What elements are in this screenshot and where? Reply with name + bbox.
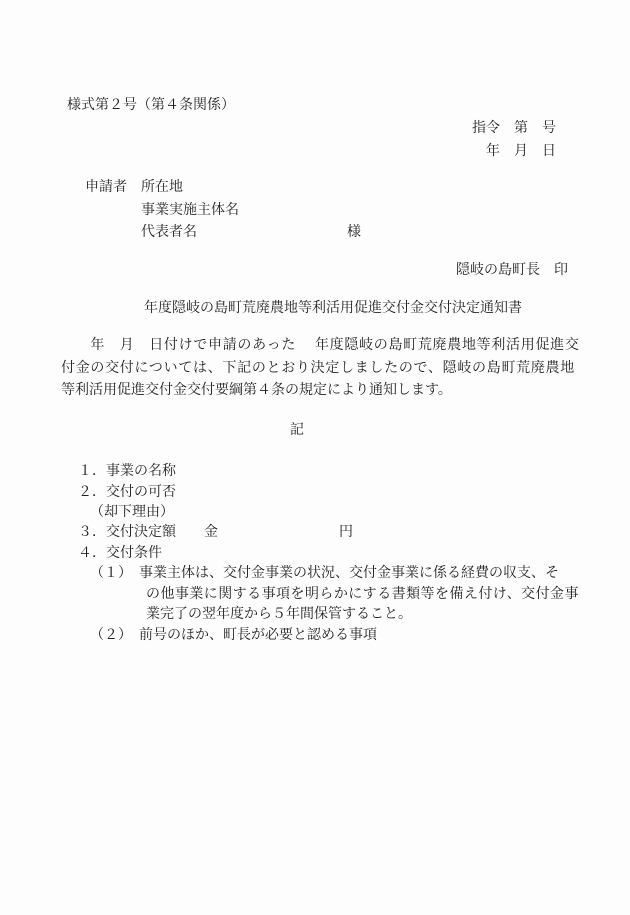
item-1-project-name: １．事業の名称	[78, 464, 176, 480]
applicant-representative-label: 代表者名	[141, 225, 197, 241]
record-marker: 記	[290, 423, 304, 439]
item-3-yen-unit: 円	[339, 525, 353, 541]
issue-date-line: 年 月 日	[486, 144, 556, 160]
item-2-rejection-reason: （却下理由）	[90, 505, 174, 521]
condition-2-line: （２） 前号のほか、町長が必要と認める事項	[90, 628, 377, 644]
honorific-sama: 様	[347, 225, 361, 241]
directive-number-line: 指令 第 号	[472, 121, 556, 137]
condition-1-line-1: （１） 事業主体は、交付金事業の状況、交付金事業に係る経費の収支、そ	[90, 566, 559, 582]
item-3-grant-amount: ３．交付決定額 金	[78, 525, 218, 541]
condition-1-line-2: の他事業に関する事項を明らかにする書類等を備え付け、交付金事	[146, 587, 579, 603]
body-paragraph-line-1: 年 月 日付けで申請のあった 年度隠岐の島町荒廃農地等利活用促進交	[61, 338, 580, 354]
body-paragraph-line-3: 等利活用促進交付金交付要綱第４条の規定により通知します。	[61, 383, 452, 399]
condition-1-line-3: 業完了の翌年度から５年間保管すること。	[146, 607, 412, 623]
item-4-grant-conditions: ４．交付条件	[78, 546, 162, 562]
applicant-entity-label: 事業実施主体名	[141, 203, 239, 219]
document-title: 年度隠岐の島町荒廃農地等利活用促進交付金交付決定通知書	[144, 301, 522, 317]
body-paragraph-line-2: 付金の交付については、下記のとおり決定しましたので、隠岐の島町荒廃農地	[61, 361, 575, 377]
document-page: 様式第２号（第４条関係） 指令 第 号 年 月 日 申請者 所在地 事業実施主体…	[0, 0, 630, 915]
item-2-grant-approval: ２．交付の可否	[78, 485, 176, 501]
applicant-location-label: 申請者 所在地	[85, 180, 183, 196]
issuer-mayor-seal-line: 隠岐の島町長 印	[456, 263, 568, 279]
form-number-label: 様式第２号（第４条関係）	[67, 98, 235, 114]
